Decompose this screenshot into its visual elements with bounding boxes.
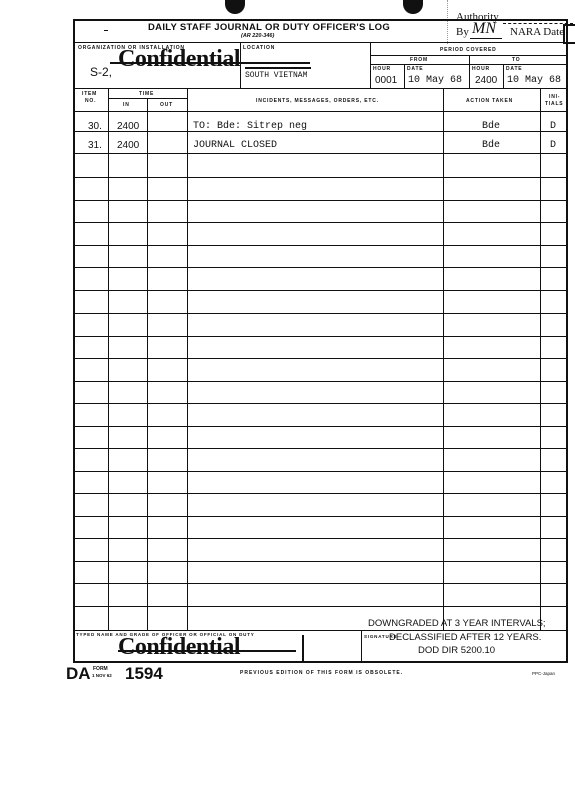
to-hour-value: 2400 bbox=[475, 75, 497, 86]
out-header: OUT bbox=[160, 102, 173, 108]
form-title: DAILY STAFF JOURNAL OR DUTY OFFICER'S LO… bbox=[148, 22, 390, 33]
signature-divider bbox=[361, 630, 362, 663]
row-item: 30. bbox=[88, 121, 102, 132]
to-date-label: DATE bbox=[506, 66, 522, 72]
form-prefix: DA bbox=[66, 664, 91, 684]
printer-mark: PPC-Japan bbox=[532, 671, 555, 676]
row-action: Bde bbox=[482, 140, 500, 151]
row-time-in: 2400 bbox=[117, 140, 139, 151]
stamp-strikethrough-footer bbox=[118, 650, 296, 652]
item-header-2: NO. bbox=[85, 98, 96, 104]
row-time-in: 2400 bbox=[117, 121, 139, 132]
row-initials: D bbox=[550, 121, 556, 132]
from-label: FROM bbox=[410, 57, 428, 63]
col-incidents-line bbox=[187, 88, 188, 630]
from-date-value: 10 May 68 bbox=[408, 75, 462, 86]
row-incident: TO: Bde: Sitrep neg bbox=[193, 121, 307, 132]
declassified-text: DECLASSIFIED AFTER 12 YEARS. bbox=[389, 632, 541, 643]
form-regulation: (AR 220-346) bbox=[241, 33, 274, 39]
to-date-value: 10 May 68 bbox=[507, 75, 561, 86]
to-hour-date-divider bbox=[503, 64, 504, 88]
title-dash bbox=[104, 30, 108, 31]
stamp-strikethrough-header-2 bbox=[245, 67, 311, 69]
location-label: LOCATION bbox=[243, 45, 275, 51]
title-divider bbox=[74, 42, 568, 43]
row-item: 31. bbox=[88, 140, 102, 151]
from-hour-date-divider bbox=[404, 64, 405, 88]
table-header-bottom bbox=[74, 111, 568, 112]
downgrade-text: DOWNGRADED AT 3 YEAR INTERVALS; bbox=[368, 618, 546, 629]
incidents-header: INCIDENTS, MESSAGES, ORDERS, ETC. bbox=[256, 98, 379, 104]
period-covered-label: PERIOD COVERED bbox=[440, 47, 497, 53]
time-header: TIME bbox=[139, 91, 154, 97]
from-date-label: DATE bbox=[407, 66, 423, 72]
col-initials-line bbox=[540, 88, 541, 630]
obsolete-notice: PREVIOUS EDITION OF THIS FORM IS OBSOLET… bbox=[240, 670, 403, 676]
action-header: ACTION TAKEN bbox=[466, 98, 513, 104]
stamp-bar bbox=[302, 635, 304, 661]
from-hour-label: HOUR bbox=[373, 66, 391, 72]
dod-text: DOD DIR 5200.10 bbox=[418, 645, 495, 656]
period-divider bbox=[370, 42, 371, 88]
table-bottom bbox=[74, 630, 568, 631]
org-value: S-2, bbox=[90, 65, 112, 79]
item-header-1: ITEM bbox=[82, 91, 97, 97]
col-in-line bbox=[108, 88, 109, 630]
header-divider bbox=[74, 88, 568, 89]
row-initials: D bbox=[550, 140, 556, 151]
form-label: FORM bbox=[93, 666, 108, 672]
punch-hole-left bbox=[225, 0, 245, 14]
location-value: SOUTH VIETNAM bbox=[245, 71, 307, 80]
stamp-strikethrough-header bbox=[110, 62, 310, 64]
to-label: TO bbox=[512, 57, 520, 63]
to-hour-label: HOUR bbox=[472, 66, 490, 72]
row-incident: JOURNAL CLOSED bbox=[193, 140, 277, 151]
form-date: 1 NOV 62 bbox=[92, 673, 112, 678]
from-to-divider bbox=[469, 55, 470, 88]
classification-stamp-footer: Confidential bbox=[118, 634, 240, 661]
row-action: Bde bbox=[482, 121, 500, 132]
classification-stamp-header: Confidential bbox=[118, 46, 240, 73]
in-header: IN bbox=[123, 102, 130, 108]
form-number: 1594 bbox=[125, 664, 163, 684]
punch-hole-right bbox=[403, 0, 423, 14]
from-hour-value: 0001 bbox=[375, 75, 397, 86]
location-divider bbox=[240, 42, 241, 88]
initials-header-2: TIALS bbox=[545, 101, 563, 107]
time-subheader-line bbox=[108, 98, 188, 99]
initials-header-1: INI- bbox=[549, 94, 560, 100]
col-action-line bbox=[443, 88, 444, 630]
